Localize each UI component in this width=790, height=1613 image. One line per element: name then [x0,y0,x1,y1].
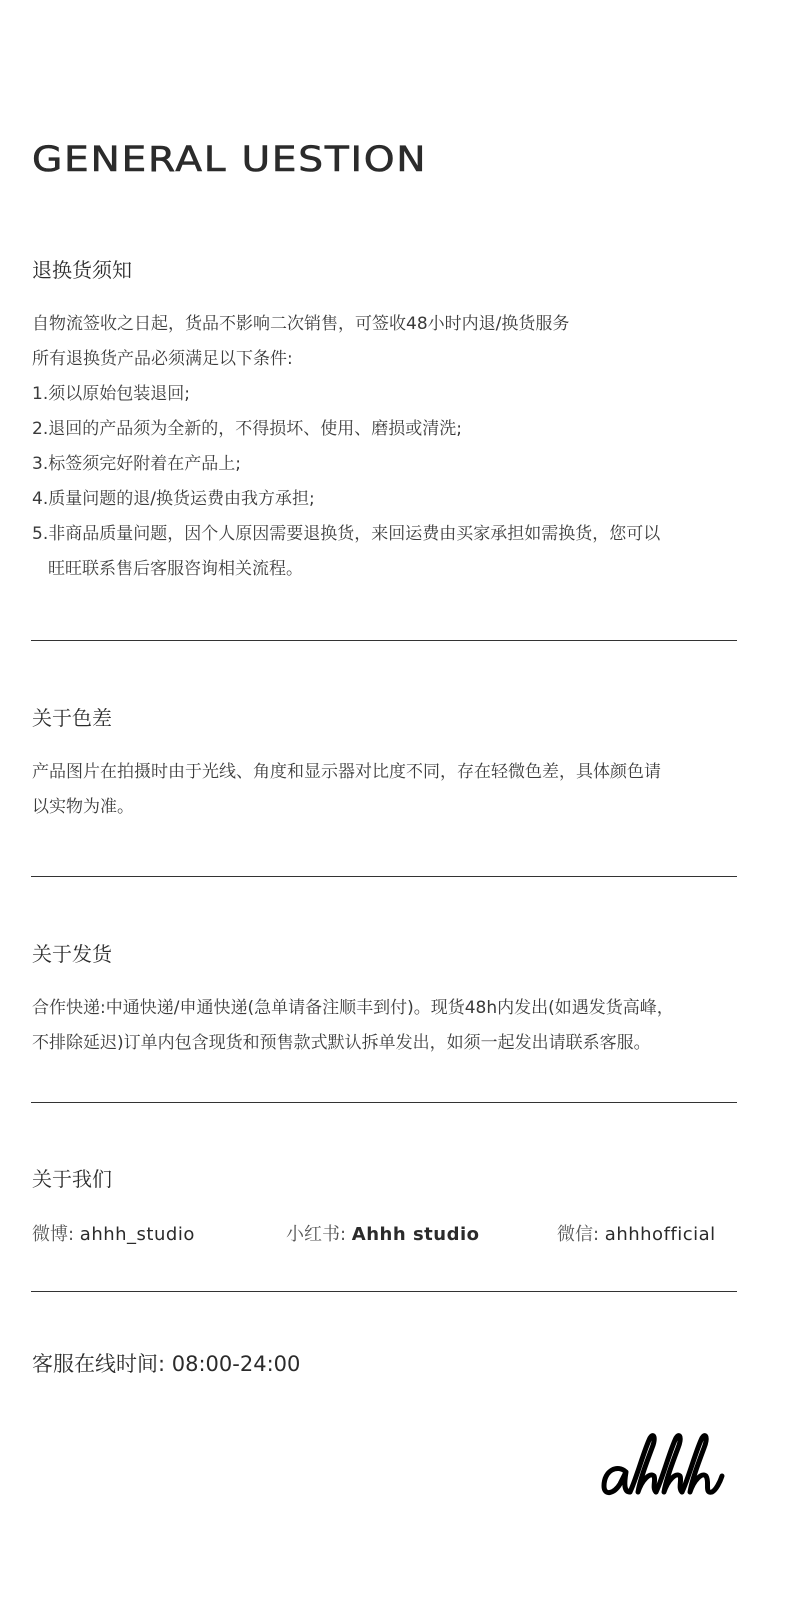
social-label: 小红书: [286,1224,352,1245]
policy-line: 4.质量问题的退/换货运费由我方承担; [32,482,732,517]
policy-line: 5.非商品质量问题，因个人原因需要退换货，来回运费由买家承担如需换货，您可以 [32,517,732,552]
section-title-returns: 退换货须知 [32,254,132,283]
social-handle: Ahhh studio [352,1224,480,1245]
social-xiaohongshu[interactable]: 小红书: Ahhh studio [286,1220,480,1246]
social-handle: ahhhofficial [605,1224,716,1245]
policy-line: 所有退换货产品必须满足以下条件: [32,342,732,377]
policy-line: 2.退回的产品须为全新的，不得损坏、使用、磨损或清洗; [32,412,732,447]
ahhh-logo-icon [598,1430,738,1505]
section-title-shipping: 关于发货 [32,938,112,967]
divider [31,1102,737,1103]
service-hours: 客服在线时间: 08:00-24:00 [32,1348,300,1378]
social-wechat[interactable]: 微信: ahhhofficial [557,1220,716,1246]
social-handle: ahhh_studio [80,1224,195,1245]
returns-policy-text: 自物流签收之日起，货品不影响二次销售，可签收48小时内退/换货服务 所有退换货产… [32,307,732,587]
text-line: 不排除延迟)订单内包含现货和预售款式默认拆单发出，如须一起发出请联系客服。 [32,1026,732,1061]
color-difference-text: 产品图片在拍摄时由于光线、角度和显示器对比度不同，存在轻微色差，具体颜色请 以实… [32,755,732,825]
social-label: 微信: [557,1224,605,1245]
section-title-about-us: 关于我们 [32,1163,112,1192]
brand-logo [598,1430,738,1505]
text-line: 以实物为准。 [32,790,732,825]
text-line: 产品图片在拍摄时由于光线、角度和显示器对比度不同，存在轻微色差，具体颜色请 [32,755,732,790]
divider [31,876,737,877]
divider [31,1291,737,1292]
social-accounts: 微博: ahhh_studio 小红书: Ahhh studio 微信: ahh… [32,1220,732,1250]
page-title: GENERAL UESTION [32,140,427,180]
policy-line: 1.须以原始包装退回; [32,377,732,412]
shipping-text: 合作快递:中通快递/申通快递(急单请备注顺丰到付)。现货48h内发出(如遇发货高… [32,991,732,1061]
section-title-color-difference: 关于色差 [32,702,112,731]
social-label: 微博: [32,1224,80,1245]
divider [31,640,737,641]
text-line: 合作快递:中通快递/申通快递(急单请备注顺丰到付)。现货48h内发出(如遇发货高… [32,991,732,1026]
social-weibo[interactable]: 微博: ahhh_studio [32,1220,195,1246]
policy-line: 自物流签收之日起，货品不影响二次销售，可签收48小时内退/换货服务 [32,307,732,342]
policy-line: 3.标签须完好附着在产品上; [32,447,732,482]
policy-line: 旺旺联系售后客服咨询相关流程。 [32,552,732,587]
